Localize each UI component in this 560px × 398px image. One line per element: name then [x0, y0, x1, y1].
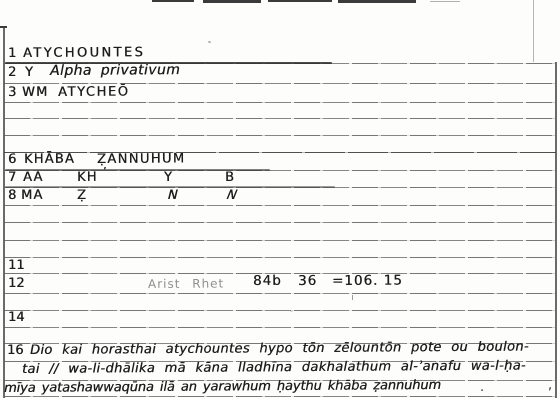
scan-artifact-dash: [268, 0, 332, 2]
row11-number: 11: [8, 259, 25, 272]
ruled-line: [4, 118, 556, 119]
row12-edition-locus: =106. 15: [332, 275, 403, 289]
row12-bekker-page: 84b: [253, 275, 282, 289]
row2-number: 2: [8, 66, 16, 79]
row3-siglum: WM: [22, 86, 49, 99]
row7-col2: KH: [77, 171, 98, 184]
scan-artifact-dash: [203, 0, 261, 3]
row7-number: 7: [8, 171, 16, 184]
ruled-line: [4, 257, 556, 258]
row8-number: 8: [8, 189, 16, 202]
scan-artifact-dash: [152, 0, 194, 2]
row12-source-reference: Arist Rhet: [148, 277, 224, 290]
index-card-scan: 1 ATYCHOUNTES 2 Y Alpha privativum 3 WM …: [0, 0, 560, 398]
stray-comma-mark: ,: [548, 378, 552, 393]
row16-number: 16: [7, 344, 24, 357]
row8-col3: N: [166, 189, 180, 202]
ruled-line: [4, 327, 556, 328]
card-right-edge: [555, 62, 557, 398]
row7-prime-mark: ʼ: [103, 166, 107, 177]
row8-col1: MA: [21, 189, 44, 202]
scan-artifact-dash: [430, 1, 460, 2]
row12-number: 12: [8, 277, 25, 290]
row16-arabic-line-2: mīya yatashawwaqūna ilā an yarawhum ḥayt…: [4, 379, 441, 395]
scan-artifact-dash: [338, 0, 416, 3]
ruled-line: [4, 205, 556, 206]
row1-number: 1: [8, 47, 16, 60]
ruled-line: [4, 240, 556, 241]
row12-bekker-line: 36: [298, 275, 317, 289]
stray-period-mark: .: [480, 380, 484, 395]
scan-speck: [208, 41, 211, 43]
row3-number: 3: [8, 86, 16, 99]
row7-col3: Y: [164, 171, 173, 184]
row6-word-zannuhum: ẒANNUHUM: [97, 152, 186, 166]
row7-col4: B: [225, 171, 235, 184]
row6-word-khaba: KHĀBA: [24, 153, 75, 166]
row6-number: 6: [8, 153, 16, 166]
background-card-edge: [533, 0, 534, 62]
row2-siglum: Y: [25, 66, 34, 79]
ruled-line: [4, 396, 556, 397]
row2-gloss: Alpha privativum: [50, 63, 180, 78]
row16-arabic-line-1: tai // wa-li-dhālika mā kāna lladhīna da…: [22, 359, 526, 376]
row7-col1: AA: [23, 171, 44, 184]
pen-tick: [352, 295, 353, 300]
card-left-edge-tick: [0, 26, 7, 28]
row14-number: 14: [8, 311, 25, 324]
row8-col4: N: [224, 189, 240, 202]
ruled-line: [4, 310, 556, 311]
ruled-line: [4, 135, 556, 136]
row8-col2: Ẓ: [77, 189, 87, 202]
ruled-line: [4, 102, 556, 103]
row1-headword: ATYCHOUNTES: [23, 46, 145, 60]
ruled-line: [4, 152, 556, 153]
ruled-line: [4, 222, 556, 223]
ruled-line: [4, 293, 556, 294]
row16-greek-line: Dio kai horasthai atychountes hypo tōn z…: [30, 341, 529, 357]
row3-headword: ATYCHEŌ: [58, 86, 130, 99]
